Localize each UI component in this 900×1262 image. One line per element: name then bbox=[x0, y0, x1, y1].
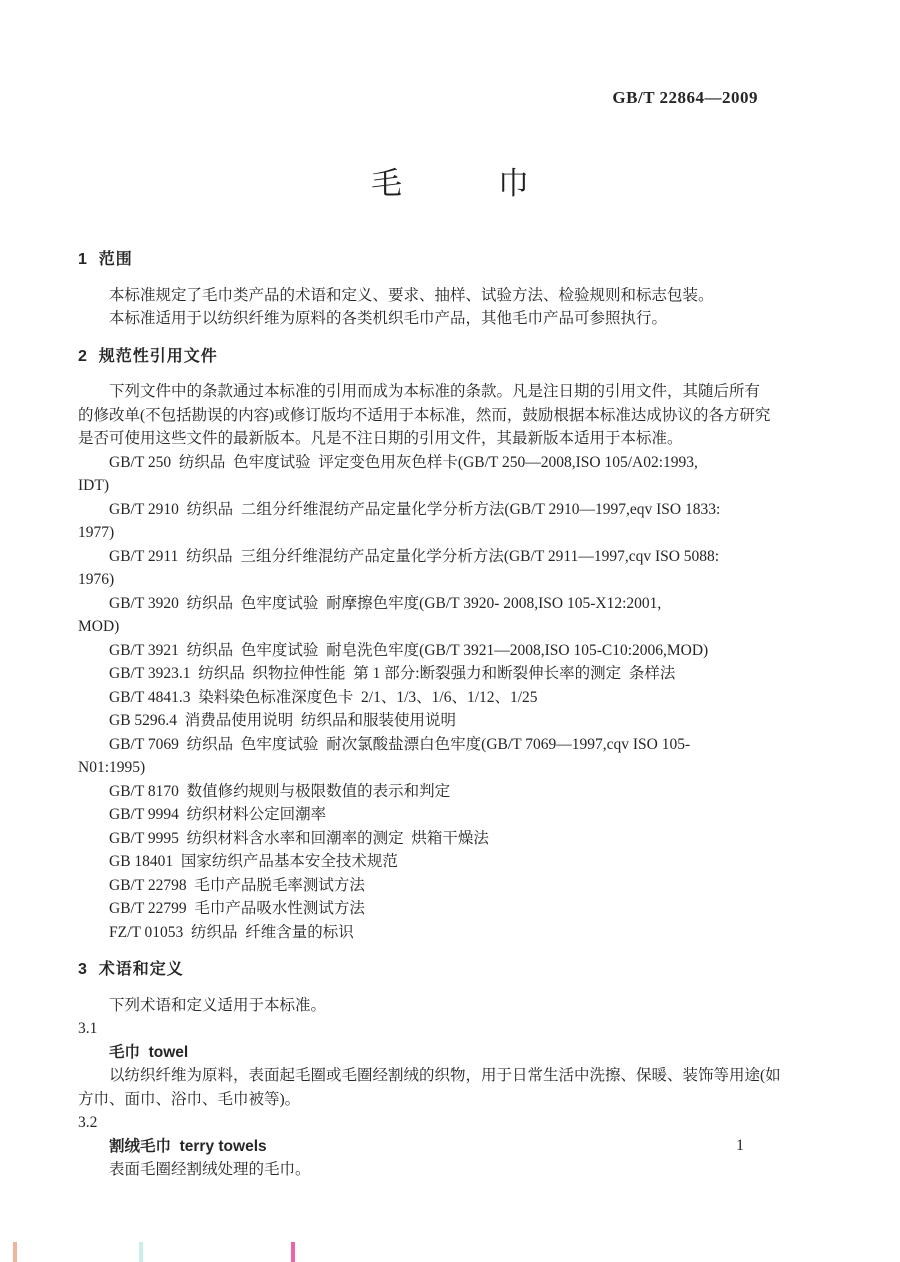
text-line: 下列术语和定义适用于本标准。 bbox=[78, 994, 830, 1018]
text-line: IDT) bbox=[78, 474, 830, 498]
text-line: GB/T 8170 数值修约规则与极限数值的表示和判定 bbox=[78, 780, 830, 804]
text-line: 1977) bbox=[78, 521, 830, 545]
text-line: MOD) bbox=[78, 615, 830, 639]
section-heading: 3 术语和定义 bbox=[78, 958, 830, 982]
text-line: 1976) bbox=[78, 568, 830, 592]
scan-artifact-mark bbox=[13, 1242, 17, 1262]
text-line: GB/T 250 纺织品 色牢度试验 评定变色用灰色样卡(GB/T 250—20… bbox=[78, 451, 830, 475]
section-heading: 1 范围 bbox=[78, 248, 830, 272]
text-line: 下列文件中的条款通过本标准的引用而成为本标准的条款。凡是注日期的引用文件，其随后… bbox=[78, 380, 830, 404]
document-title: 毛巾 bbox=[0, 158, 900, 203]
text-line: GB/T 7069 纺织品 色牢度试验 耐次氯酸盐漂白色牢度(GB/T 7069… bbox=[78, 733, 830, 757]
text-line: 本标准规定了毛巾类产品的术语和定义、要求、抽样、试验方法、检验规则和标志包装。 bbox=[78, 284, 830, 308]
text-line: GB/T 22798 毛巾产品脱毛率测试方法 bbox=[78, 874, 830, 898]
text-line: 以纺织纤维为原料，表面起毛圈或毛圈经割绒的织物，用于日常生活中洗擦、保暖、装饰等… bbox=[78, 1064, 830, 1088]
text-line: GB/T 2910 纺织品 二组分纤维混纺产品定量化学分析方法(GB/T 291… bbox=[78, 498, 830, 522]
text-line: GB/T 3921 纺织品 色牢度试验 耐皂洗色牢度(GB/T 3921—200… bbox=[78, 639, 830, 663]
text-line: GB/T 2911 纺织品 三组分纤维混纺产品定量化学分析方法(GB/T 291… bbox=[78, 545, 830, 569]
text-line: GB 5296.4 消费品使用说明 纺织品和服装使用说明 bbox=[78, 709, 830, 733]
scan-artifact-mark bbox=[139, 1242, 143, 1262]
section-heading: 2 规范性引用文件 bbox=[78, 345, 830, 369]
text-line: GB/T 22799 毛巾产品吸水性测试方法 bbox=[78, 897, 830, 921]
text-line: GB/T 4841.3 染料染色标准深度色卡 2/1、1/3、1/6、1/12、… bbox=[78, 686, 830, 710]
text-line: 是否可使用这些文件的最新版本。凡是不注日期的引用文件，其最新版本适用于本标准。 bbox=[78, 427, 830, 451]
term-line: 毛巾 towel bbox=[78, 1041, 830, 1065]
page-number: 1 bbox=[736, 1137, 744, 1155]
document-body: 1 范围本标准规定了毛巾类产品的术语和定义、要求、抽样、试验方法、检验规则和标志… bbox=[78, 240, 830, 1182]
standard-code-header: GB/T 22864—2009 bbox=[612, 88, 758, 108]
text-line: 表面毛圈经割绒处理的毛巾。 bbox=[78, 1158, 830, 1182]
text-line: GB 18401 国家纺织产品基本安全技术规范 bbox=[78, 850, 830, 874]
text-line: GB/T 9994 纺织材料公定回潮率 bbox=[78, 803, 830, 827]
document-page: GB/T 22864—2009 毛巾 1 范围本标准规定了毛巾类产品的术语和定义… bbox=[0, 0, 900, 1262]
clause-number: 3.2 bbox=[78, 1111, 830, 1135]
text-line: GB/T 3920 纺织品 色牢度试验 耐摩擦色牢度(GB/T 3920- 20… bbox=[78, 592, 830, 616]
term-line: 割绒毛巾 terry towels bbox=[78, 1135, 830, 1159]
text-line: N01:1995) bbox=[78, 756, 830, 780]
scan-artifact-mark bbox=[291, 1242, 295, 1262]
text-line: GB/T 9995 纺织材料含水率和回潮率的测定 烘箱干燥法 bbox=[78, 827, 830, 851]
text-line: 本标准适用于以纺织纤维为原料的各类机织毛巾产品，其他毛巾产品可参照执行。 bbox=[78, 307, 830, 331]
text-line: FZ/T 01053 纺织品 纤维含量的标识 bbox=[78, 921, 830, 945]
text-line: 的修改单(不包括勘误的内容)或修订版均不适用于本标准，然而，鼓励根据本标准达成协… bbox=[78, 404, 830, 428]
clause-number: 3.1 bbox=[78, 1017, 830, 1041]
text-line: 方巾、面巾、浴巾、毛巾被等)。 bbox=[78, 1088, 830, 1112]
text-line: GB/T 3923.1 纺织品 织物拉伸性能 第 1 部分:断裂强力和断裂伸长率… bbox=[78, 662, 830, 686]
